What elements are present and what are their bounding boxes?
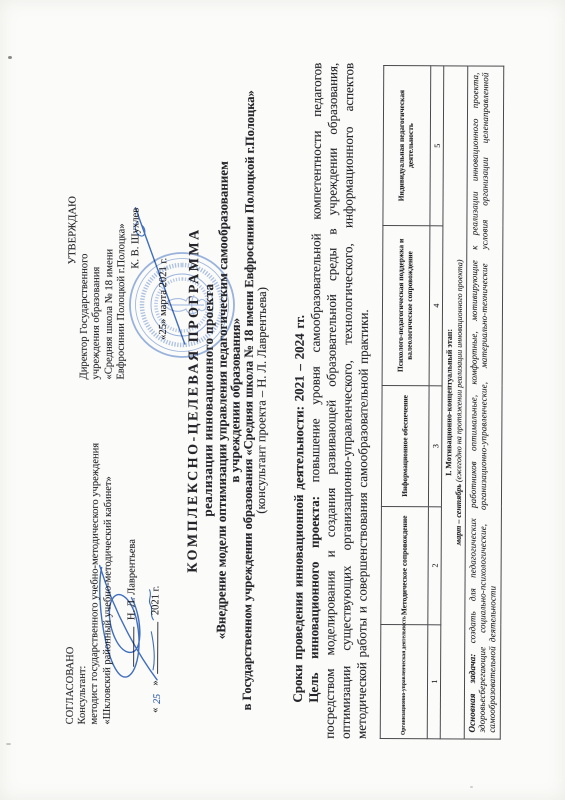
approval-right-heading: УТВЕРЖДАЮ	[66, 193, 79, 379]
document-page: СОГЛАСОВАНО Консультант: методист госуда…	[0, 0, 565, 800]
scanned-document: СОГЛАСОВАНО Консультант: методист госуда…	[0, 0, 565, 800]
col-header-2: Методическое сопровождение	[380, 506, 428, 624]
scan-speck	[470, 786, 473, 788]
col-header-5: Индивидуальная педагогическая деятельнос…	[382, 65, 430, 225]
approval-left-heading: СОГЛАСОВАНО	[64, 408, 78, 724]
table-header-row: Организационно-управленческая деятельнос…	[380, 65, 431, 738]
col-header-3: Информационное обеспечение	[381, 385, 429, 506]
handwritten-day: 25	[151, 693, 162, 703]
scan-speck	[6, 743, 11, 745]
task-label: Основная задача:	[466, 653, 476, 732]
approval-right-line3: «Средняя школа № 18 имени	[103, 193, 116, 379]
goal-paragraph: Цель инновационного проекта: повышение у…	[305, 62, 373, 738]
title-block: КОМПЛЕКСНО-ЦЕЛЕВАЯ ПРОГРАММА реализации …	[184, 0, 270, 800]
stage-period: март – сентябрь	[453, 484, 462, 545]
col-header-1: Организационно-управленческая деятельнос…	[380, 624, 428, 739]
col-number-2: 2	[427, 506, 441, 624]
task-text: создать для педагогических работников оп…	[467, 72, 497, 732]
stage-note: (ежегодно на протяжении реализации иннов…	[453, 259, 463, 482]
approval-right-line1: Директор Государственного	[78, 193, 91, 379]
col-header-4: Психолого-педагогическая поддержка и вал…	[382, 225, 430, 385]
scan-speck	[8, 56, 12, 59]
task-cell: Основная задача: создать для педагогичес…	[464, 65, 504, 738]
stage-cell: I. Мотивационно-концептуальный этап: мар…	[440, 65, 468, 738]
stage-row: I. Мотивационно-концептуальный этап: мар…	[440, 65, 468, 738]
col-number-5: 5	[429, 65, 443, 225]
terms-text: Сроки проведения инновационной деятельно…	[289, 314, 306, 702]
task-row: Основная задача: создать для педагогичес…	[464, 65, 504, 738]
col-number-1: 1	[427, 624, 441, 738]
signature-lavrentyeva: 25	[90, 515, 173, 715]
col-number-3: 3	[428, 385, 442, 506]
activity-table: Организационно-управленческая деятельнос…	[379, 65, 504, 740]
goal-label: Цель инновационного проекта:	[305, 496, 321, 703]
approval-right-line2: учреждения образования	[91, 193, 104, 379]
body-text: Сроки проведения инновационной деятельно…	[289, 62, 373, 738]
col-number-4: 4	[429, 225, 443, 385]
